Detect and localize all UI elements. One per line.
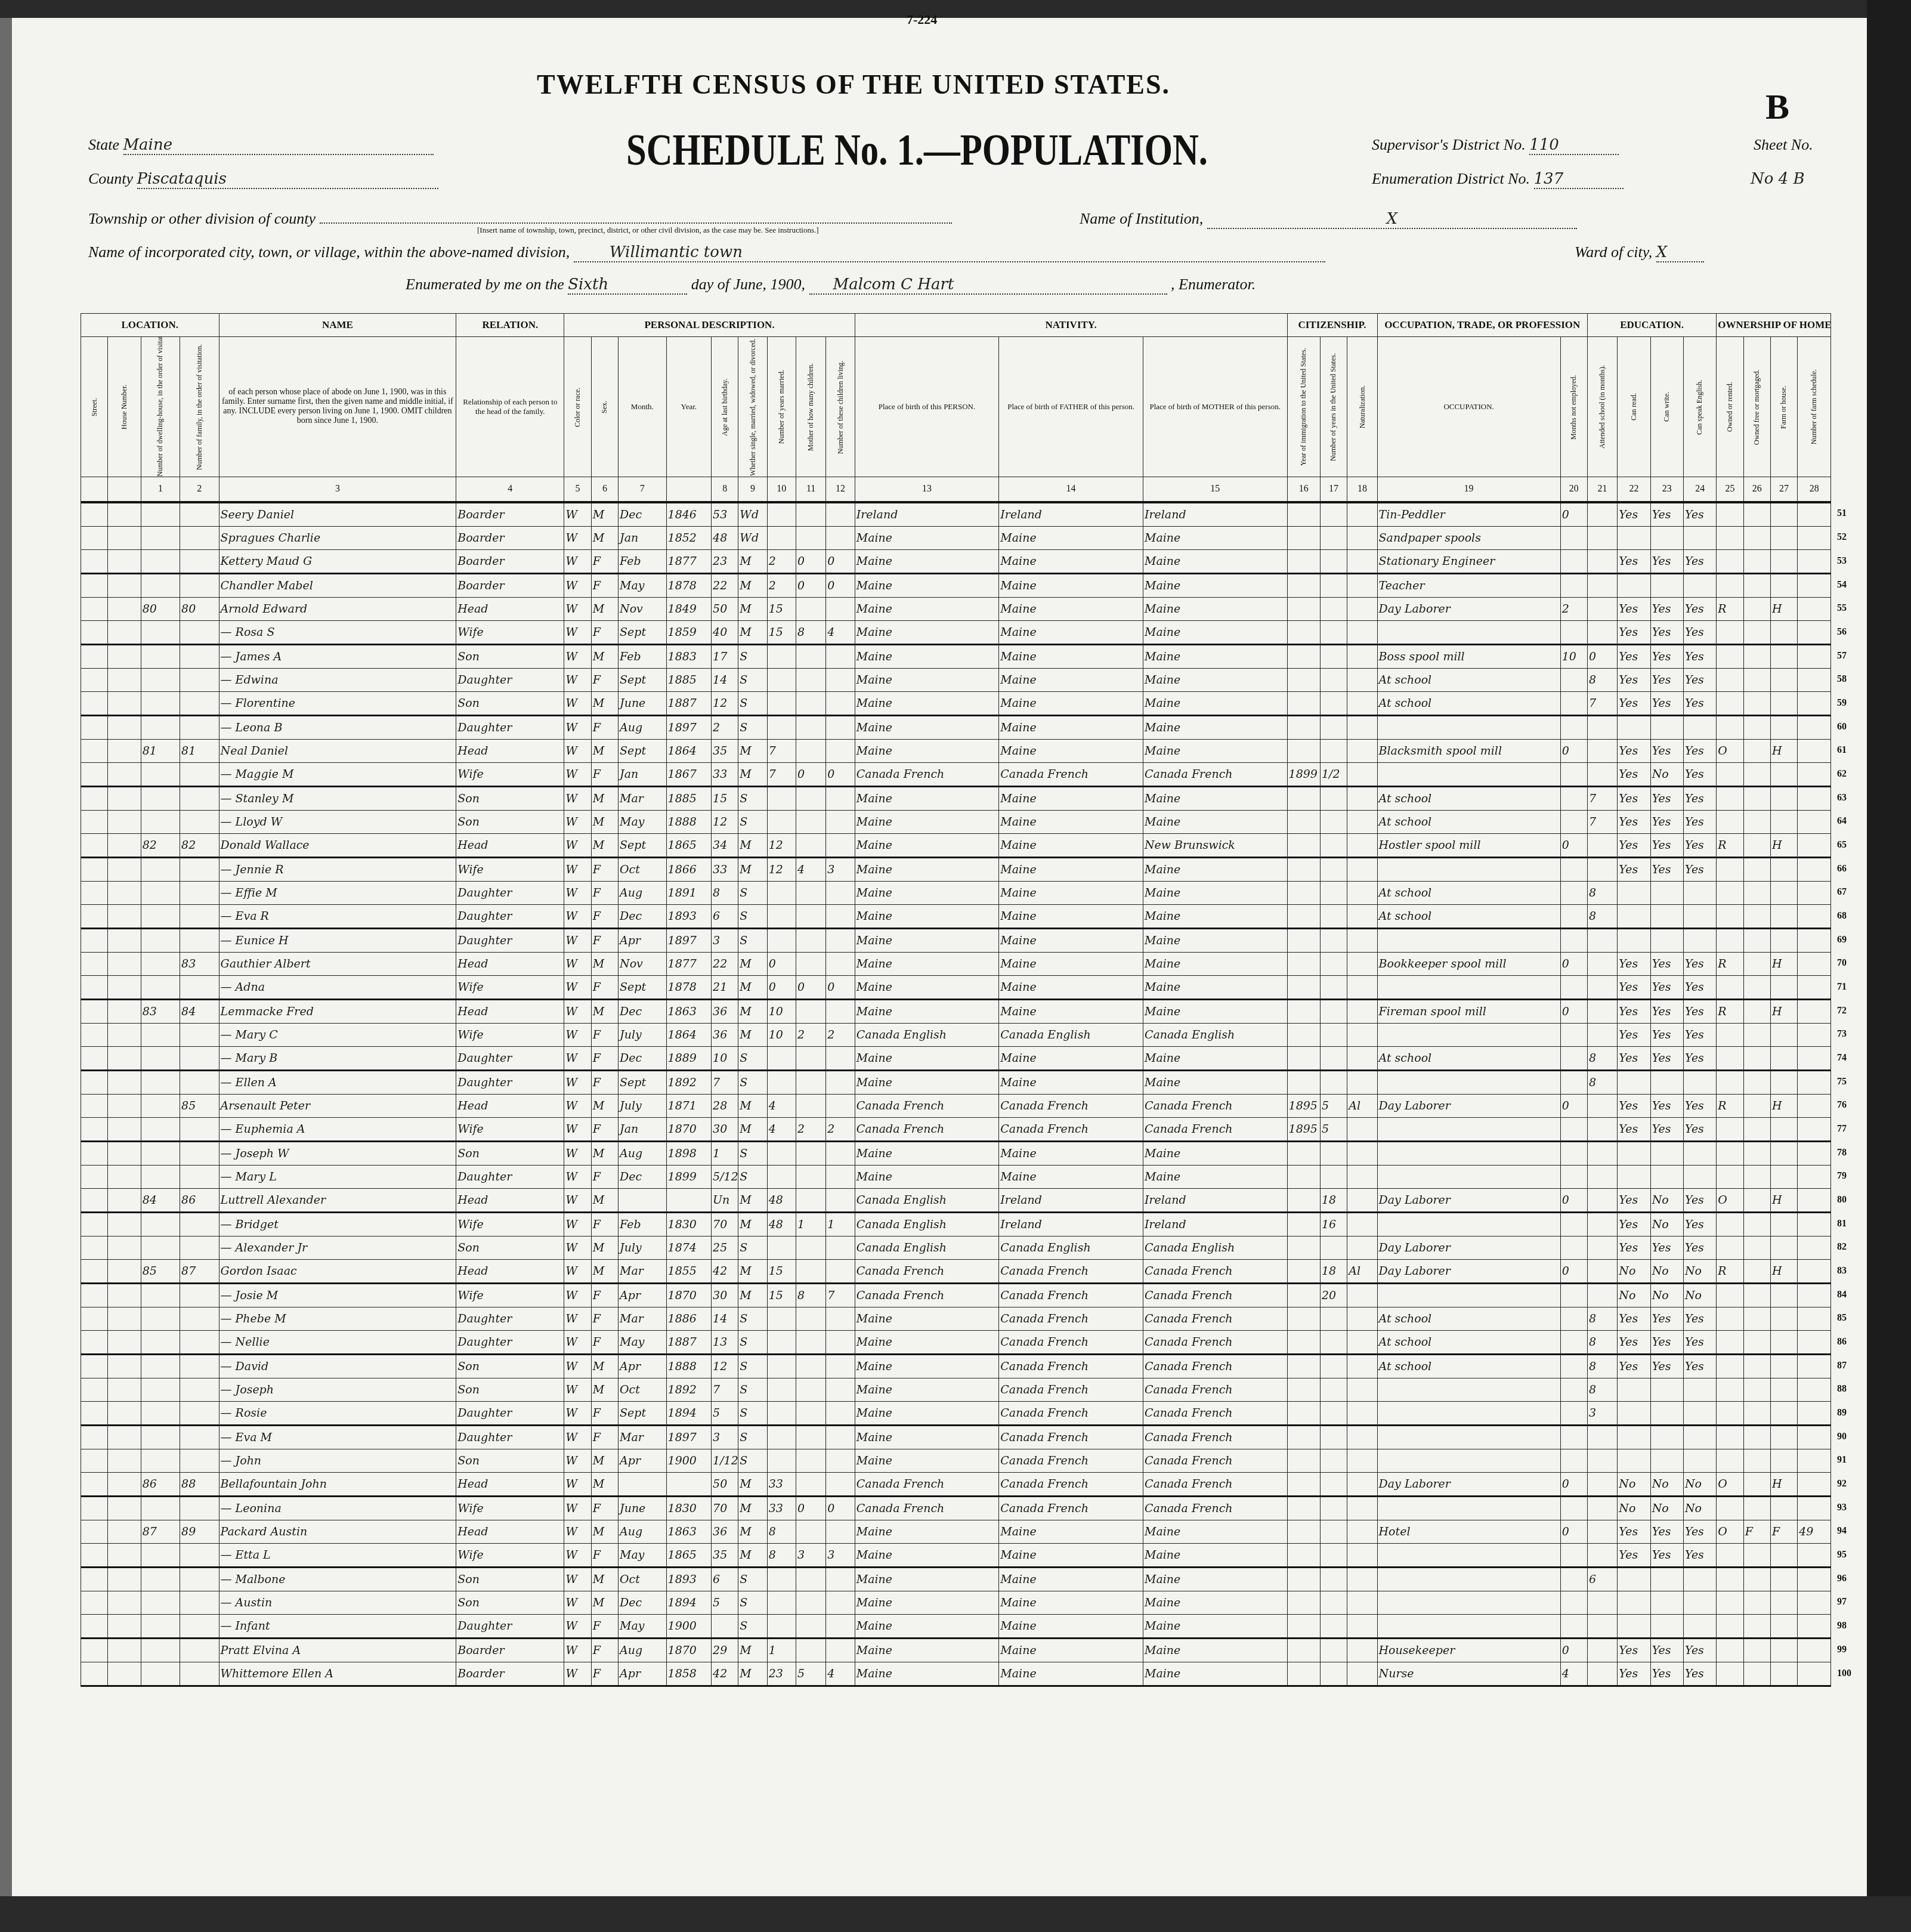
- sex-cell: M: [591, 740, 618, 763]
- years-in-us-cell: [1320, 1355, 1347, 1378]
- birth-year-cell: 1887: [666, 692, 712, 716]
- family-number-cell: [180, 669, 219, 692]
- color-cell: W: [564, 1118, 591, 1142]
- speaks-english-cell: [1683, 1142, 1716, 1166]
- street-cell: [81, 645, 108, 669]
- birthplace-mother-cell: Maine: [1143, 598, 1287, 621]
- naturalization-cell: [1347, 1071, 1377, 1095]
- line-number: 54: [1837, 580, 1847, 591]
- mother-of-cell: [796, 1260, 825, 1284]
- sex-cell: M: [591, 834, 618, 858]
- can-read-cell: [1618, 929, 1650, 953]
- color-cell: W: [564, 502, 591, 527]
- sex-cell: F: [591, 763, 618, 787]
- relation-cell: Son: [456, 1449, 564, 1473]
- speaks-english-cell: [1683, 929, 1716, 953]
- street-cell: [81, 550, 108, 574]
- birthplace-father-cell: Maine: [999, 527, 1143, 550]
- can-write-cell: No: [1650, 1473, 1683, 1497]
- naturalization-cell: [1347, 574, 1377, 598]
- family-number-cell: [180, 502, 219, 527]
- birthplace-mother-cell: Maine: [1143, 1047, 1287, 1071]
- table-row: — RosieDaughterWFSept18945SMaineCanada F…: [81, 1402, 1831, 1426]
- age-cell: 23: [712, 550, 738, 574]
- birthplace-person-cell: Canada French: [855, 1473, 999, 1497]
- months-unemployed-cell: [1560, 1568, 1587, 1591]
- family-number-cell: [180, 1639, 219, 1662]
- birthplace-mother-cell: Canada French: [1143, 1260, 1287, 1284]
- family-number-cell: [180, 1378, 219, 1402]
- birthplace-mother-cell: Maine: [1143, 787, 1287, 811]
- can-write-cell: [1650, 1426, 1683, 1449]
- age-cell: 5/12: [712, 1166, 738, 1189]
- occupation-cell: Day Laborer: [1377, 1260, 1560, 1284]
- school-months-cell: 8: [1587, 669, 1617, 692]
- farm-schedule-cell: [1798, 905, 1831, 929]
- birthplace-father-cell: Maine: [999, 787, 1143, 811]
- school-months-cell: [1587, 1024, 1617, 1047]
- marital-status-cell: M: [738, 1544, 767, 1568]
- person-name-cell: — Stanley M: [219, 787, 456, 811]
- color-cell: W: [564, 1520, 591, 1544]
- birth-year-cell: 1874: [666, 1237, 712, 1260]
- relation-cell: Daughter: [456, 1047, 564, 1071]
- can-read-cell: [1618, 527, 1650, 550]
- occupation-cell: [1377, 763, 1560, 787]
- birth-month-cell: Aug: [619, 1520, 667, 1544]
- free-mortgaged-cell: [1743, 1095, 1770, 1118]
- birthplace-father-cell: Maine: [999, 811, 1143, 834]
- mother-of-cell: [796, 1639, 825, 1662]
- mother-of-cell: [796, 1095, 825, 1118]
- family-number-cell: [180, 1449, 219, 1473]
- birthplace-person-cell: Maine: [855, 669, 999, 692]
- months-unemployed-cell: 4: [1560, 1662, 1587, 1686]
- speaks-english-cell: Yes: [1683, 1189, 1716, 1213]
- can-write-cell: No: [1650, 1189, 1683, 1213]
- farm-schedule-cell: [1798, 929, 1831, 953]
- birthplace-person-cell: Maine: [855, 1449, 999, 1473]
- farm-schedule-cell: [1798, 1497, 1831, 1520]
- birth-month-cell: Dec: [619, 502, 667, 527]
- occupation-cell: Stationary Engineer: [1377, 550, 1560, 574]
- can-write-cell: [1650, 1071, 1683, 1095]
- birthplace-father-cell: Canada French: [999, 1355, 1143, 1378]
- birthplace-mother-cell: Maine: [1143, 858, 1287, 882]
- mother-of-cell: [796, 502, 825, 527]
- birthplace-person-cell: Canada English: [855, 1237, 999, 1260]
- dwelling-number-cell: 83: [141, 1000, 180, 1024]
- street-cell: [81, 1473, 108, 1497]
- dwelling-number-cell: [141, 1591, 180, 1615]
- mother-of-cell: [796, 740, 825, 763]
- immigration-year-cell: [1287, 598, 1320, 621]
- speaks-english-cell: No: [1683, 1473, 1716, 1497]
- can-read-cell: Yes: [1618, 858, 1650, 882]
- color-cell: W: [564, 1166, 591, 1189]
- naturalization-cell: [1347, 929, 1377, 953]
- can-write-cell: Yes: [1650, 811, 1683, 834]
- occupation-cell: [1377, 1402, 1560, 1426]
- naturalization-cell: [1347, 882, 1377, 905]
- dwelling-number-cell: [141, 1118, 180, 1142]
- person-name-cell: — Lloyd W: [219, 811, 456, 834]
- speaks-english-cell: Yes: [1683, 550, 1716, 574]
- children-living-cell: [826, 645, 855, 669]
- owned-rented-cell: [1717, 716, 1743, 740]
- birth-year-cell: 1885: [666, 787, 712, 811]
- immigration-year-cell: [1287, 882, 1320, 905]
- sex-cell: F: [591, 1662, 618, 1686]
- age-cell: 36: [712, 1024, 738, 1047]
- birthplace-father-cell: Canada French: [999, 1426, 1143, 1449]
- birthplace-father-cell: Maine: [999, 645, 1143, 669]
- can-write-cell: Yes: [1650, 645, 1683, 669]
- naturalization-cell: [1347, 1237, 1377, 1260]
- immigration-year-cell: [1287, 692, 1320, 716]
- relation-cell: Wife: [456, 1544, 564, 1568]
- birth-month-cell: Sept: [619, 1071, 667, 1095]
- relation-cell: Wife: [456, 1024, 564, 1047]
- birth-month-cell: May: [619, 574, 667, 598]
- speaks-english-cell: [1683, 1166, 1716, 1189]
- family-number-cell: 80: [180, 598, 219, 621]
- owned-rented-cell: [1717, 1071, 1743, 1095]
- farm-house-cell: [1770, 1213, 1797, 1237]
- line-number: 82: [1837, 1242, 1847, 1253]
- owned-rented-cell: [1717, 787, 1743, 811]
- age-cell: 53: [712, 502, 738, 527]
- speaks-english-cell: No: [1683, 1260, 1716, 1284]
- free-mortgaged-cell: [1743, 882, 1770, 905]
- can-read-cell: [1618, 905, 1650, 929]
- birthplace-father-cell: Canada French: [999, 1449, 1143, 1473]
- occupation-cell: At school: [1377, 905, 1560, 929]
- speaks-english-cell: Yes: [1683, 763, 1716, 787]
- institution-label: Name of Institution,: [1080, 210, 1203, 227]
- occupation-cell: Bookkeeper spool mill: [1377, 953, 1560, 976]
- person-name-cell: Luttrell Alexander: [219, 1189, 456, 1213]
- owned-rented-cell: O: [1717, 740, 1743, 763]
- birthplace-person-cell: Maine: [855, 1402, 999, 1426]
- line-number: 51: [1837, 508, 1847, 519]
- farm-schedule-cell: [1798, 1024, 1831, 1047]
- can-read-cell: Yes: [1618, 621, 1650, 645]
- birth-year-cell: 1888: [666, 811, 712, 834]
- house-number-cell: [108, 1615, 141, 1639]
- sex-cell: F: [591, 1166, 618, 1189]
- mother-of-cell: [796, 1237, 825, 1260]
- house-number-cell: [108, 502, 141, 527]
- naturalization-cell: [1347, 1591, 1377, 1615]
- family-number-cell: [180, 1591, 219, 1615]
- birth-month-cell: Sept: [619, 1402, 667, 1426]
- birthplace-person-cell: Maine: [855, 953, 999, 976]
- years-in-us-cell: [1320, 645, 1347, 669]
- col-immigration: Year of immigration to the United States…: [1287, 337, 1320, 477]
- free-mortgaged-cell: [1743, 740, 1770, 763]
- relation-cell: Head: [456, 1520, 564, 1544]
- occupation-cell: At school: [1377, 882, 1560, 905]
- sex-cell: M: [591, 1142, 618, 1166]
- age-cell: 5: [712, 1402, 738, 1426]
- years-in-us-cell: [1320, 1000, 1347, 1024]
- occupation-cell: [1377, 1497, 1560, 1520]
- birth-year-cell: 1866: [666, 858, 712, 882]
- farm-house-cell: [1770, 1378, 1797, 1402]
- family-number-cell: 83: [180, 953, 219, 976]
- birth-month-cell: Sept: [619, 834, 667, 858]
- years-in-us-cell: [1320, 1024, 1347, 1047]
- family-number-cell: [180, 1568, 219, 1591]
- dwelling-number-cell: 86: [141, 1473, 180, 1497]
- birth-year-cell: 1893: [666, 905, 712, 929]
- speaks-english-cell: Yes: [1683, 1024, 1716, 1047]
- can-read-cell: No: [1618, 1260, 1650, 1284]
- can-read-cell: Yes: [1618, 1024, 1650, 1047]
- table-row: — Euphemia AWifeWFJan187030M422Canada Fr…: [81, 1118, 1831, 1142]
- children-living-cell: [826, 1142, 855, 1166]
- street-cell: [81, 1142, 108, 1166]
- sex-cell: F: [591, 929, 618, 953]
- school-months-cell: 8: [1587, 1378, 1617, 1402]
- marital-status-cell: M: [738, 1260, 767, 1284]
- birthplace-mother-cell: Canada English: [1143, 1237, 1287, 1260]
- months-unemployed-cell: 0: [1560, 953, 1587, 976]
- birth-month-cell: Apr: [619, 1284, 667, 1307]
- line-number: 95: [1837, 1550, 1847, 1560]
- line-number: 94: [1837, 1526, 1847, 1537]
- can-write-cell: Yes: [1650, 1331, 1683, 1355]
- school-months-cell: [1587, 1000, 1617, 1024]
- table-row: 8282Donald WallaceHeadWMSept186534M12Mai…: [81, 834, 1831, 858]
- birthplace-person-cell: Maine: [855, 976, 999, 1000]
- marital-status-cell: M: [738, 1213, 767, 1237]
- owned-rented-cell: [1717, 502, 1743, 527]
- house-number-cell: [108, 1568, 141, 1591]
- owned-rented-cell: [1717, 527, 1743, 550]
- sex-cell: F: [591, 1544, 618, 1568]
- children-living-cell: 0: [826, 763, 855, 787]
- dwelling-number-cell: [141, 527, 180, 550]
- birthplace-father-cell: Maine: [999, 929, 1143, 953]
- col-pob-person: Place of birth of this PERSON.: [855, 337, 999, 477]
- birthplace-person-cell: Canada French: [855, 1260, 999, 1284]
- farm-schedule-cell: [1798, 1426, 1831, 1449]
- birth-year-cell: 1891: [666, 882, 712, 905]
- marital-status-cell: S: [738, 692, 767, 716]
- table-row: Spragues CharlieBoarderWMJan185248WdMain…: [81, 527, 1831, 550]
- free-mortgaged-cell: [1743, 1544, 1770, 1568]
- color-cell: W: [564, 858, 591, 882]
- free-mortgaged-cell: [1743, 1307, 1770, 1331]
- free-mortgaged-cell: [1743, 811, 1770, 834]
- person-name-cell: — Alexander Jr: [219, 1237, 456, 1260]
- naturalization-cell: [1347, 811, 1377, 834]
- farm-schedule-cell: [1798, 621, 1831, 645]
- can-read-cell: Yes: [1618, 692, 1650, 716]
- occupation-cell: Hotel: [1377, 1520, 1560, 1544]
- naturalization-cell: [1347, 1568, 1377, 1591]
- school-months-cell: [1587, 1260, 1617, 1284]
- marital-status-cell: S: [738, 1568, 767, 1591]
- years-married-cell: [767, 716, 796, 740]
- farm-schedule-cell: [1798, 502, 1831, 527]
- line-number: 90: [1837, 1432, 1847, 1442]
- marital-status-cell: M: [738, 1284, 767, 1307]
- relation-cell: Daughter: [456, 882, 564, 905]
- months-unemployed-cell: [1560, 574, 1587, 598]
- relation-cell: Daughter: [456, 1166, 564, 1189]
- months-unemployed-cell: [1560, 929, 1587, 953]
- column-number: 18: [1347, 477, 1377, 503]
- birthplace-mother-cell: Maine: [1143, 1544, 1287, 1568]
- speaks-english-cell: Yes: [1683, 621, 1716, 645]
- farm-schedule-cell: [1798, 1095, 1831, 1118]
- naturalization-cell: [1347, 1000, 1377, 1024]
- color-cell: W: [564, 763, 591, 787]
- immigration-year-cell: [1287, 858, 1320, 882]
- can-write-cell: Yes: [1650, 598, 1683, 621]
- school-months-cell: 8: [1587, 1047, 1617, 1071]
- owned-rented-cell: R: [1717, 1000, 1743, 1024]
- col-dwelling: Number of dwelling-house, in the order o…: [141, 337, 180, 477]
- can-read-cell: Yes: [1618, 1662, 1650, 1686]
- months-unemployed-cell: [1560, 1237, 1587, 1260]
- free-mortgaged-cell: [1743, 953, 1770, 976]
- farm-schedule-cell: [1798, 645, 1831, 669]
- relation-cell: Son: [456, 1568, 564, 1591]
- line-number: 100: [1837, 1668, 1851, 1679]
- marital-status-cell: M: [738, 598, 767, 621]
- birth-year-cell: 1859: [666, 621, 712, 645]
- farm-house-cell: [1770, 1307, 1797, 1331]
- speaks-english-cell: Yes: [1683, 598, 1716, 621]
- school-months-cell: [1587, 527, 1617, 550]
- house-number-cell: [108, 1095, 141, 1118]
- relation-cell: Daughter: [456, 669, 564, 692]
- age-cell: 15: [712, 787, 738, 811]
- occupation-cell: Blacksmith spool mill: [1377, 740, 1560, 763]
- birth-month-cell: Oct: [619, 1568, 667, 1591]
- naturalization-cell: [1347, 1426, 1377, 1449]
- speaks-english-cell: Yes: [1683, 502, 1716, 527]
- owned-rented-cell: [1717, 1213, 1743, 1237]
- farm-house-cell: [1770, 1497, 1797, 1520]
- occupation-cell: Nurse: [1377, 1662, 1560, 1686]
- years-married-cell: [767, 882, 796, 905]
- can-write-cell: Yes: [1650, 1000, 1683, 1024]
- age-cell: 1: [712, 1142, 738, 1166]
- years-married-cell: 15: [767, 1284, 796, 1307]
- children-living-cell: [826, 811, 855, 834]
- birthplace-person-cell: Canada English: [855, 1024, 999, 1047]
- sheet-value: No 4 B: [1751, 170, 1805, 188]
- birth-month-cell: Nov: [619, 598, 667, 621]
- months-unemployed-cell: 0: [1560, 1473, 1587, 1497]
- can-read-cell: [1618, 882, 1650, 905]
- children-living-cell: [826, 834, 855, 858]
- owned-rented-cell: [1717, 574, 1743, 598]
- marital-status-cell: S: [738, 1331, 767, 1355]
- can-write-cell: [1650, 527, 1683, 550]
- birthplace-father-cell: Canada French: [999, 1331, 1143, 1355]
- birth-year-cell: 1855: [666, 1260, 712, 1284]
- line-number: 78: [1837, 1148, 1847, 1158]
- farm-house-cell: H: [1770, 834, 1797, 858]
- marital-status-cell: S: [738, 929, 767, 953]
- col-relation-desc: Relationship of each person to the head …: [456, 337, 564, 477]
- color-cell: W: [564, 1426, 591, 1449]
- immigration-year-cell: [1287, 1189, 1320, 1213]
- person-name-cell: Whittemore Ellen A: [219, 1662, 456, 1686]
- color-cell: W: [564, 574, 591, 598]
- state-value: Maine: [123, 136, 434, 155]
- naturalization-cell: [1347, 1473, 1377, 1497]
- can-read-cell: Yes: [1618, 1331, 1650, 1355]
- occupation-cell: [1377, 929, 1560, 953]
- relation-cell: Wife: [456, 763, 564, 787]
- person-name-cell: — Phebe M: [219, 1307, 456, 1331]
- school-months-cell: [1587, 1497, 1617, 1520]
- free-mortgaged-cell: [1743, 1024, 1770, 1047]
- table-row: 85Arsenault PeterHeadWMJuly187128M4Canad…: [81, 1095, 1831, 1118]
- months-unemployed-cell: 0: [1560, 740, 1587, 763]
- birthplace-person-cell: Maine: [855, 787, 999, 811]
- years-married-cell: 2: [767, 550, 796, 574]
- house-number-cell: [108, 1166, 141, 1189]
- birthplace-father-cell: Maine: [999, 834, 1143, 858]
- years-in-us-cell: [1320, 1449, 1347, 1473]
- owned-rented-cell: [1717, 811, 1743, 834]
- mother-of-cell: [796, 1047, 825, 1071]
- school-months-cell: [1587, 621, 1617, 645]
- months-unemployed-cell: [1560, 621, 1587, 645]
- years-in-us-cell: [1320, 1047, 1347, 1071]
- speaks-english-cell: Yes: [1683, 976, 1716, 1000]
- family-number-cell: [180, 1237, 219, 1260]
- immigration-year-cell: [1287, 976, 1320, 1000]
- years-married-cell: [767, 1142, 796, 1166]
- years-married-cell: [767, 1402, 796, 1426]
- dwelling-number-cell: [141, 502, 180, 527]
- mother-of-cell: [796, 1449, 825, 1473]
- months-unemployed-cell: [1560, 550, 1587, 574]
- children-living-cell: [826, 740, 855, 763]
- months-unemployed-cell: [1560, 1615, 1587, 1639]
- children-living-cell: 3: [826, 1544, 855, 1568]
- supervisor-label: Supervisor's District No.: [1372, 136, 1526, 153]
- school-months-cell: [1587, 1520, 1617, 1544]
- owned-rented-cell: [1717, 1307, 1743, 1331]
- farm-schedule-cell: [1798, 1000, 1831, 1024]
- naturalization-cell: [1347, 1118, 1377, 1142]
- birthplace-mother-cell: Canada French: [1143, 1473, 1287, 1497]
- birthplace-mother-cell: Maine: [1143, 692, 1287, 716]
- person-name-cell: — David: [219, 1355, 456, 1378]
- free-mortgaged-cell: [1743, 1000, 1770, 1024]
- birthplace-person-cell: Ireland: [855, 502, 999, 527]
- birthplace-mother-cell: Canada French: [1143, 1426, 1287, 1449]
- dwelling-number-cell: [141, 716, 180, 740]
- dwelling-number-cell: [141, 953, 180, 976]
- naturalization-cell: [1347, 1615, 1377, 1639]
- column-number: 17: [1320, 477, 1347, 503]
- age-cell: 30: [712, 1118, 738, 1142]
- person-name-cell: — Rosa S: [219, 621, 456, 645]
- school-months-cell: [1587, 1213, 1617, 1237]
- marital-status-cell: S: [738, 905, 767, 929]
